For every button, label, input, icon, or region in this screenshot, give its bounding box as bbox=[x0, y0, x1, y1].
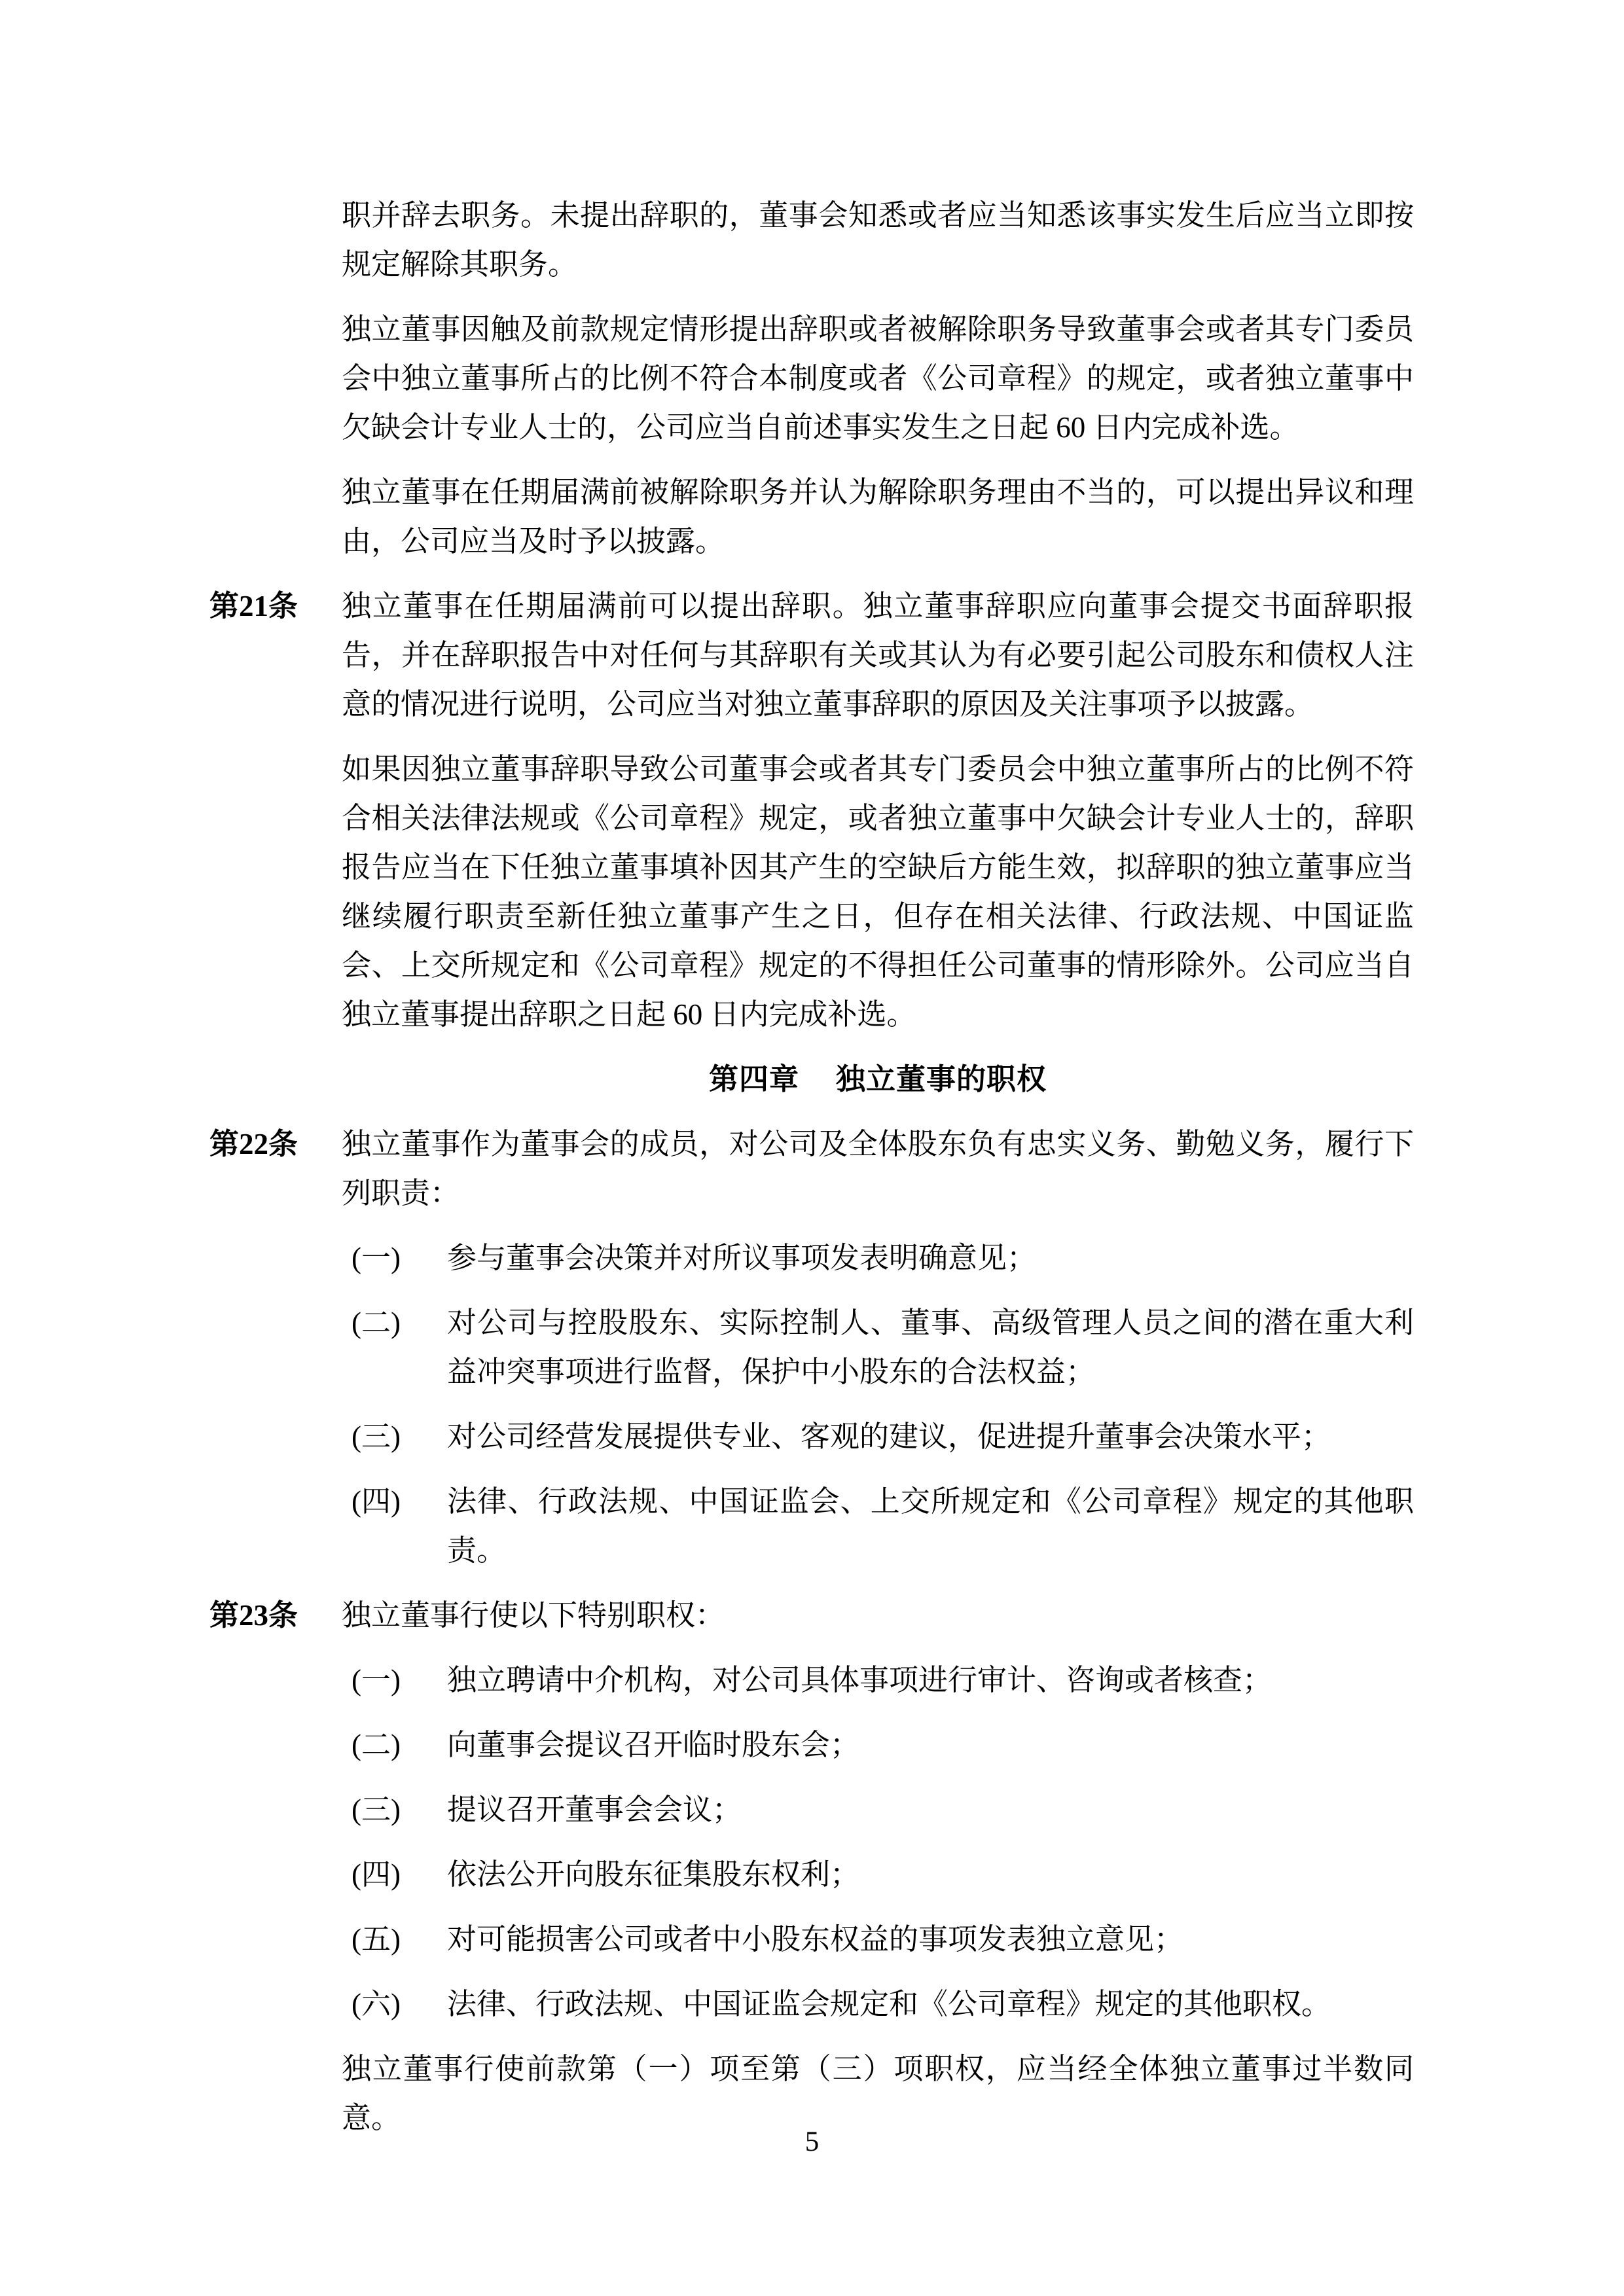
paragraph-continuation-3: 独立董事在任期届满前被解除职务并认为解除职务理由不当的，可以提出异议和理由，公司… bbox=[342, 468, 1414, 566]
article-22-label: 第22条 bbox=[209, 1120, 342, 1169]
list-item: (一) 独立聘请中介机构，对公司具体事项进行审计、咨询或者核查； bbox=[342, 1656, 1414, 1705]
paragraph-continuation-2: 独立董事因触及前款规定情形提出辞职或者被解除职务导致董事会或者其专门委员会中独立… bbox=[342, 305, 1414, 452]
list-item-number: (二) bbox=[352, 1721, 447, 1770]
list-item-text: 对可能损害公司或者中小股东权益的事项发表独立意见； bbox=[447, 1915, 1414, 1964]
list-item-text: 提议召开董事会会议； bbox=[447, 1785, 1414, 1835]
article-23: 第23条 独立董事行使以下特别职权： bbox=[342, 1591, 1414, 1640]
list-item: (一) 参与董事会决策并对所议事项发表明确意见； bbox=[342, 1234, 1414, 1283]
article-21-continuation: 如果因独立董事辞职导致公司董事会或者其专门委员会中独立董事所占的比例不符合相关法… bbox=[342, 745, 1414, 1039]
chapter-heading: 第四章独立董事的职权 bbox=[342, 1055, 1414, 1104]
list-item-text: 独立聘请中介机构，对公司具体事项进行审计、咨询或者核查； bbox=[447, 1656, 1414, 1705]
list-item-text: 向董事会提议召开临时股东会； bbox=[447, 1721, 1414, 1770]
list-item: (三) 提议召开董事会会议； bbox=[342, 1785, 1414, 1835]
list-item-number: (三) bbox=[352, 1785, 447, 1835]
list-item-number: (四) bbox=[352, 1477, 447, 1575]
list-item-number: (四) bbox=[352, 1850, 447, 1899]
chapter-number: 第四章 bbox=[709, 1063, 799, 1096]
article-22-text: 独立董事作为董事会的成员，对公司及全体股东负有忠实义务、勤勉义务，履行下列职责： bbox=[342, 1120, 1414, 1218]
list-item-number: (一) bbox=[352, 1234, 447, 1283]
document-page: 职并辞去职务。未提出辞职的，董事会知悉或者应当知悉该事实发生后应当立即按规定解除… bbox=[0, 0, 1624, 2296]
list-item-number: (三) bbox=[352, 1412, 447, 1462]
list-item-text: 对公司经营发展提供专业、客观的建议，促进提升董事会决策水平； bbox=[447, 1412, 1414, 1462]
list-item: (五) 对可能损害公司或者中小股东权益的事项发表独立意见； bbox=[342, 1915, 1414, 1964]
list-item: (四) 依法公开向股东征集股东权利； bbox=[342, 1850, 1414, 1899]
article-23-label: 第23条 bbox=[209, 1591, 342, 1640]
list-item-number: (六) bbox=[352, 1980, 447, 2029]
article-21: 第21条 独立董事在任期届满前可以提出辞职。独立董事辞职应向董事会提交书面辞职报… bbox=[342, 582, 1414, 729]
list-item: (六) 法律、行政法规、中国证监会规定和《公司章程》规定的其他职权。 bbox=[342, 1980, 1414, 2029]
article-22: 第22条 独立董事作为董事会的成员，对公司及全体股东负有忠实义务、勤勉义务，履行… bbox=[342, 1120, 1414, 1218]
article-21-text: 独立董事在任期届满前可以提出辞职。独立董事辞职应向董事会提交书面辞职报告，并在辞… bbox=[342, 582, 1414, 729]
list-item: (三) 对公司经营发展提供专业、客观的建议，促进提升董事会决策水平； bbox=[342, 1412, 1414, 1462]
list-item-text: 参与董事会决策并对所议事项发表明确意见； bbox=[447, 1234, 1414, 1283]
list-item-number: (二) bbox=[352, 1299, 447, 1397]
list-item: (二) 对公司与控股股东、实际控制人、董事、高级管理人员之间的潜在重大利益冲突事… bbox=[342, 1299, 1414, 1397]
article-21-label: 第21条 bbox=[209, 582, 342, 631]
list-item: (四) 法律、行政法规、中国证监会、上交所规定和《公司章程》规定的其他职责。 bbox=[342, 1477, 1414, 1575]
page-number: 5 bbox=[0, 2126, 1624, 2159]
list-item-number: (一) bbox=[352, 1656, 447, 1705]
chapter-title: 独立董事的职权 bbox=[836, 1063, 1047, 1096]
text-column: 职并辞去职务。未提出辞职的，董事会知悉或者应当知悉该事实发生后应当立即按规定解除… bbox=[342, 191, 1414, 2143]
list-item-text: 依法公开向股东征集股东权利； bbox=[447, 1850, 1414, 1899]
paragraph-continuation-1: 职并辞去职务。未提出辞职的，董事会知悉或者应当知悉该事实发生后应当立即按规定解除… bbox=[342, 191, 1414, 289]
list-item-text: 法律、行政法规、中国证监会、上交所规定和《公司章程》规定的其他职责。 bbox=[447, 1477, 1414, 1575]
article-23-text: 独立董事行使以下特别职权： bbox=[342, 1591, 1414, 1640]
list-item-text: 对公司与控股股东、实际控制人、董事、高级管理人员之间的潜在重大利益冲突事项进行监… bbox=[447, 1299, 1414, 1397]
list-item: (二) 向董事会提议召开临时股东会； bbox=[342, 1721, 1414, 1770]
list-item-text: 法律、行政法规、中国证监会规定和《公司章程》规定的其他职权。 bbox=[447, 1980, 1414, 2029]
list-item-number: (五) bbox=[352, 1915, 447, 1964]
